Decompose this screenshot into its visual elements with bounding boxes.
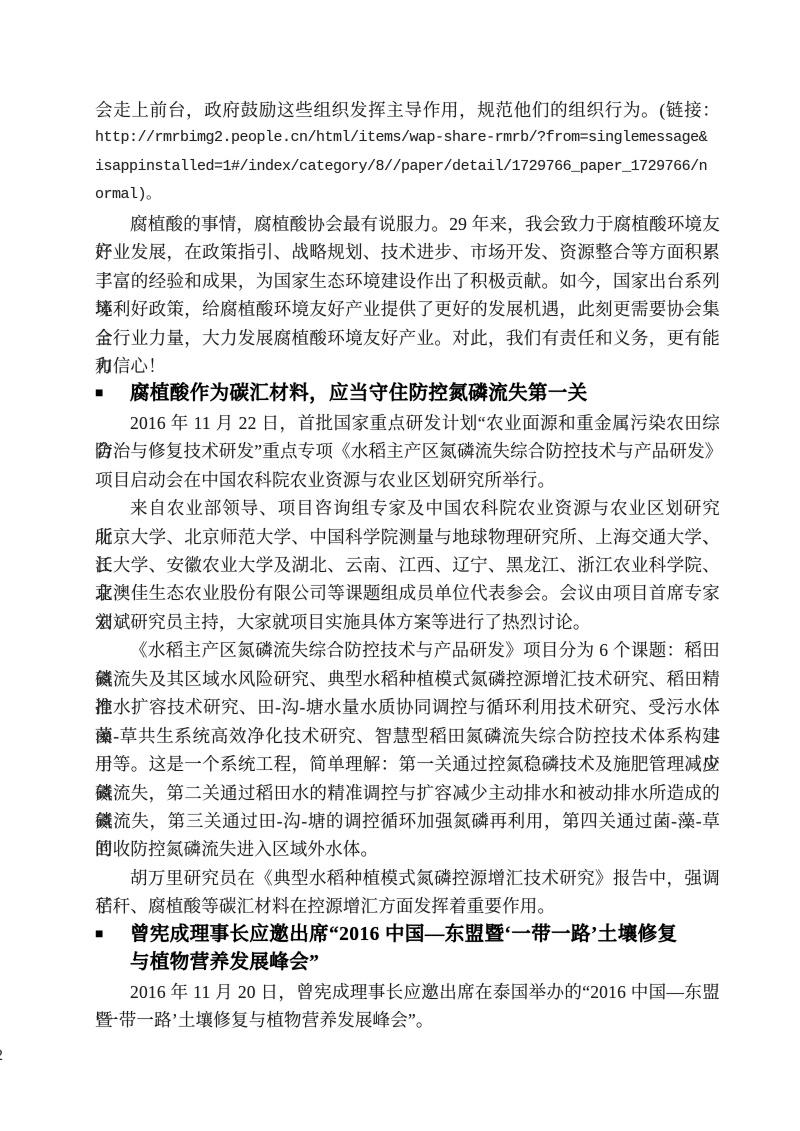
section-heading-1: ■腐植酸作为碳汇材料，应当守住防控氮磷流失第一关 <box>95 380 720 408</box>
body-line: 京澳佳生态农业股份有限公司等课题组成员单位代表参会。会议由项目首席专家刘 <box>95 579 720 607</box>
page-content: 会走上前台，政府鼓励这些组织发挥主导作用，规范他们的组织行为。(链接： http… <box>95 96 720 1034</box>
section-heading-2-continuation: 与植物营养发展峰会” <box>95 949 720 977</box>
body-line: 秸秆、腐植酸等碳汇材料在控源增汇方面发挥着重要作用。 <box>95 892 720 920</box>
heading-bullet-icon: ■ <box>95 921 130 949</box>
body-line: 丰富的经验和成果，为国家生态环境建设作出了积极贡献。如今，国家出台系列环 <box>95 267 720 295</box>
body-line: ‘一带一路’土壤修复与植物营养发展峰会”。 <box>95 1006 720 1034</box>
page-number: 2 <box>0 1046 3 1066</box>
body-line: 会走上前台，政府鼓励这些组织发挥主导作用，规范他们的组织行为。(链接： <box>95 96 720 124</box>
url-line: http://rmrbimg2.people.cn/html/items/wap… <box>95 124 720 152</box>
body-line: 磷流失，第三关通过田-沟-塘的调控循环加强氮磷再利用，第四关通过菌-藻-草的 <box>95 807 720 835</box>
body-line: 产业发展，在政策指引、战略规划、技术进步、市场开发、资源整合等方面积累了 <box>95 238 720 266</box>
body-line: 和信心！ <box>95 352 720 380</box>
body-line: 宏斌研究员主持，大家就项目实施具体方案等进行了热烈讨论。 <box>95 608 720 636</box>
section-heading-2-text: 曾宪成理事长应邀出席“2016 中国—东盟暨‘一带一路’土壤修复 <box>130 924 677 945</box>
body-line: 北京大学、北京师范大学、中国科学院测量与地球物理研究所、上海交通大学、长 <box>95 523 720 551</box>
body-line: 用等。这是一个系统工程，简单理解：第一关通过控氮稳磷技术及施肥管理减少氮 <box>95 750 720 778</box>
section-heading-2: ■曾宪成理事长应邀出席“2016 中国—东盟暨‘一带一路’土壤修复 <box>95 921 720 949</box>
section-heading-1-text: 腐植酸作为碳汇材料，应当守住防控氮磷流失第一关 <box>130 383 588 404</box>
body-line: 境利好政策，给腐植酸环境友好产业提供了更好的发展机遇，此刻更需要协会集合 <box>95 295 720 323</box>
body-line: 藻-草共生系统高效净化技术研究、智慧型稻田氮磷流失综合防控技术体系构建于应 <box>95 722 720 750</box>
document-page: 会走上前台，政府鼓励这些组织发挥主导作用，规范他们的组织行为。(链接： http… <box>0 0 800 1131</box>
body-line: 《水稻主产区氮磷流失综合防控技术与产品研发》项目分为 6 个课题：稻田氮 <box>95 636 720 664</box>
heading-bullet-icon: ■ <box>95 380 130 408</box>
body-line: 腐植酸的事情，腐植酸协会最有说服力。29 年来，我会致力于腐植酸环境友好 <box>95 210 720 238</box>
body-line: 胡万里研究员在《典型水稻种植模式氮磷控源增汇技术研究》报告中，强调了 <box>95 864 720 892</box>
body-line: 来自农业部领导、项目咨询组专家及中国农科院农业资源与农业区划研究所、 <box>95 494 720 522</box>
url-line: ormal)。 <box>95 181 720 209</box>
body-line: 回收防控氮磷流失进入区域外水体。 <box>95 835 720 863</box>
url-line: isappinstalled=1#/index/category/8//pape… <box>95 153 720 181</box>
body-line: 2016 年 11 月 20 日，曾宪成理事长应邀出席在泰国举办的“2016 中… <box>95 978 720 1006</box>
body-line: 江大学、安徽农业大学及湖北、云南、江西、辽宁、黑龙江、浙江农业科学院、北 <box>95 551 720 579</box>
body-line: 磷流失，第二关通过稻田水的精准调控与扩容减少主动排水和被动排水所造成的氮 <box>95 779 720 807</box>
body-line: 防治与修复技术研发”重点专项《水稻主产区氮磷流失综合防控技术与产品研发》 <box>95 437 720 465</box>
body-line: 磷流失及其区域水风险研究、典型水稻种植模式氮磷控源增汇技术研究、稻田精准 <box>95 665 720 693</box>
body-line: 项目启动会在中国农科院农业资源与农业区划研究所举行。 <box>95 466 720 494</box>
body-line: 控水扩容技术研究、田-沟-塘水量水质协同调控与循环利用技术研究、受污水体菌- <box>95 693 720 721</box>
body-line: 全行业力量，大力发展腐植酸环境友好产业。对此，我们有责任和义务，更有能力 <box>95 324 720 352</box>
body-line: 2016 年 11 月 22 日，首批国家重点研发计划“农业面源和重金属污染农田… <box>95 409 720 437</box>
